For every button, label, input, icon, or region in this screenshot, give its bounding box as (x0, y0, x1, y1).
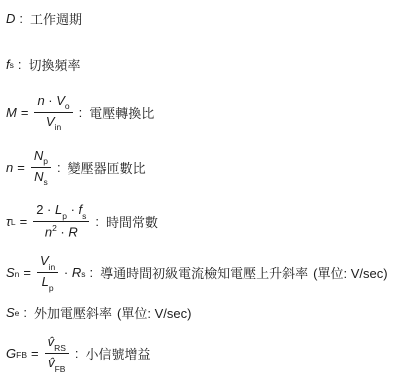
description: 電壓轉換比 (89, 103, 154, 122)
den-sub: p (49, 283, 54, 293)
definition-turns-ratio: n=NpNs : 變壓器匝數比 (6, 144, 397, 190)
denominator: v̂FB (45, 353, 69, 374)
symbol: D (6, 11, 15, 26)
num-var: n (37, 93, 44, 108)
num-sub: RS (54, 343, 66, 353)
numerator: n · Vo (34, 92, 72, 112)
unit: (單位: V/sec) (313, 263, 387, 282)
symbol-sub: e (15, 308, 20, 318)
fraction: 2 · Lp · fsn2 · R (33, 201, 89, 242)
denominator: Lp (37, 272, 58, 293)
description: 小信號增益 (86, 344, 151, 363)
lhs-sub: n (15, 269, 20, 279)
lhs-main: M (6, 105, 17, 120)
fraction: NpNs (31, 147, 51, 188)
denominator: Ns (31, 167, 51, 188)
den-sub: FB (55, 364, 66, 374)
den-sub: in (55, 122, 62, 132)
den-sub: s (43, 177, 47, 187)
numerator: v̂RS (45, 333, 69, 353)
description: 工作週期 (30, 9, 82, 28)
definition-time-constant: τL=2 · Lp · fsn2 · R : 時間常數 (6, 198, 397, 245)
colon: : (57, 160, 61, 175)
num-sub: p (43, 156, 48, 166)
lhs-sub: L (11, 217, 16, 227)
symbol-sub: s (10, 60, 14, 70)
equals-sign: = (23, 265, 31, 280)
definition-switching-frequency: fs : 切換頻率 (6, 54, 397, 74)
equals-sign: = (20, 214, 28, 229)
colon: : (90, 265, 94, 280)
numerator: Np (31, 147, 51, 167)
symbol: fs (6, 57, 14, 72)
numerator: 2 · Lp · fs (33, 201, 89, 221)
num-var: V (40, 253, 49, 268)
symbol-main: S (6, 305, 15, 320)
lhs-main: G (6, 346, 16, 361)
lhs-sub: FB (16, 350, 27, 360)
den-var: L (42, 274, 49, 289)
colon: : (95, 214, 99, 229)
description: 導通時間初級電流檢知電壓上升斜率 (100, 263, 308, 282)
fraction: v̂RSv̂FB (45, 333, 69, 374)
formula: Sn=VinLp · Rs (6, 252, 86, 293)
fraction: n · VoVin (34, 92, 72, 133)
formula: M=n · VoVin (6, 92, 75, 133)
formula: τL=2 · Lp · fsn2 · R (6, 201, 91, 242)
equals-sign: = (17, 160, 25, 175)
lhs-main: S (6, 265, 15, 280)
definition-voltage-conversion-ratio: M=n · VoVin : 電壓轉換比 (6, 90, 397, 134)
post-sub: s (81, 269, 85, 279)
dot-operator: · (67, 202, 79, 217)
fraction: VinLp (37, 252, 58, 293)
formula-definitions-page: D : 工作週期 fs : 切換頻率 M=n · VoVin : 電壓轉換比 n… (0, 0, 401, 376)
dot-operator: · (45, 93, 57, 108)
formula: n=NpNs (6, 147, 53, 188)
numerator: Vin (37, 252, 58, 272)
equals-sign: = (31, 346, 39, 361)
num-var: N (34, 148, 43, 163)
description: 外加電壓斜率 (34, 303, 112, 322)
equals-sign: = (21, 105, 29, 120)
colon: : (79, 105, 83, 120)
definition-small-signal-gain: GFB=v̂RSv̂FB : 小信號增益 (6, 331, 397, 376)
den-var: R (68, 224, 77, 239)
dot-operator: · (60, 265, 72, 280)
symbol: Se (6, 305, 19, 320)
dot-operator: · (57, 224, 69, 239)
post-var: R (72, 265, 81, 280)
description: 變壓器匝數比 (68, 158, 146, 177)
num-var: V (56, 93, 65, 108)
den-var-hat: v̂ (48, 355, 55, 370)
denominator: n2 · R (33, 221, 89, 242)
den-var: V (46, 114, 55, 129)
lhs-main: n (6, 160, 13, 175)
definition-duty-cycle: D : 工作週期 (6, 8, 397, 28)
den-var: n (45, 224, 52, 239)
num-sub: o (65, 101, 70, 111)
unit: (單位: V/sec) (117, 303, 191, 322)
colon: : (19, 11, 23, 26)
denominator: Vin (34, 112, 72, 133)
colon: : (23, 305, 27, 320)
num-coefficient: 2 · (36, 202, 55, 217)
definition-sense-voltage-slope: Sn=VinLp · Rs : 導通時間初級電流檢知電壓上升斜率 (單位: V/… (6, 249, 397, 296)
formula: GFB=v̂RSv̂FB (6, 333, 71, 374)
colon: : (18, 57, 22, 72)
definition-external-ramp-slope: Se : 外加電壓斜率 (單位: V/sec) (6, 302, 397, 322)
colon: : (75, 346, 79, 361)
num-sub: p (62, 211, 67, 221)
num-sub: in (49, 262, 56, 272)
description: 時間常數 (106, 212, 158, 231)
symbol-main: D (6, 11, 15, 26)
num-sub: s (82, 211, 86, 221)
description: 切換頻率 (29, 55, 81, 74)
